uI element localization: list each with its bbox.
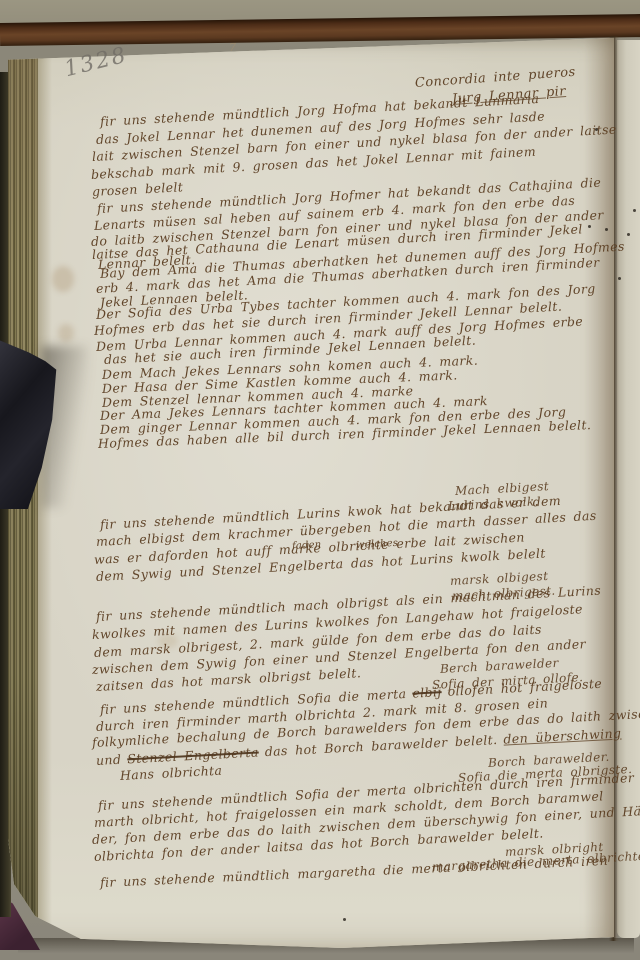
line-text: und (96, 752, 122, 768)
ink-speck (627, 233, 630, 236)
folio-number: 7 (229, 41, 236, 54)
manuscript-photo: 1328 7 Concordia inte pueros Jurg Lennar… (0, 0, 640, 960)
inserted-word: welches (356, 538, 399, 551)
ink-speck (633, 209, 636, 212)
ink-speck (588, 225, 591, 228)
ink-speck (343, 918, 346, 921)
ink-speck (618, 277, 621, 280)
inserted-word: faden (292, 539, 322, 552)
struck-word: elbij (412, 684, 442, 701)
ink-speck (605, 228, 608, 231)
